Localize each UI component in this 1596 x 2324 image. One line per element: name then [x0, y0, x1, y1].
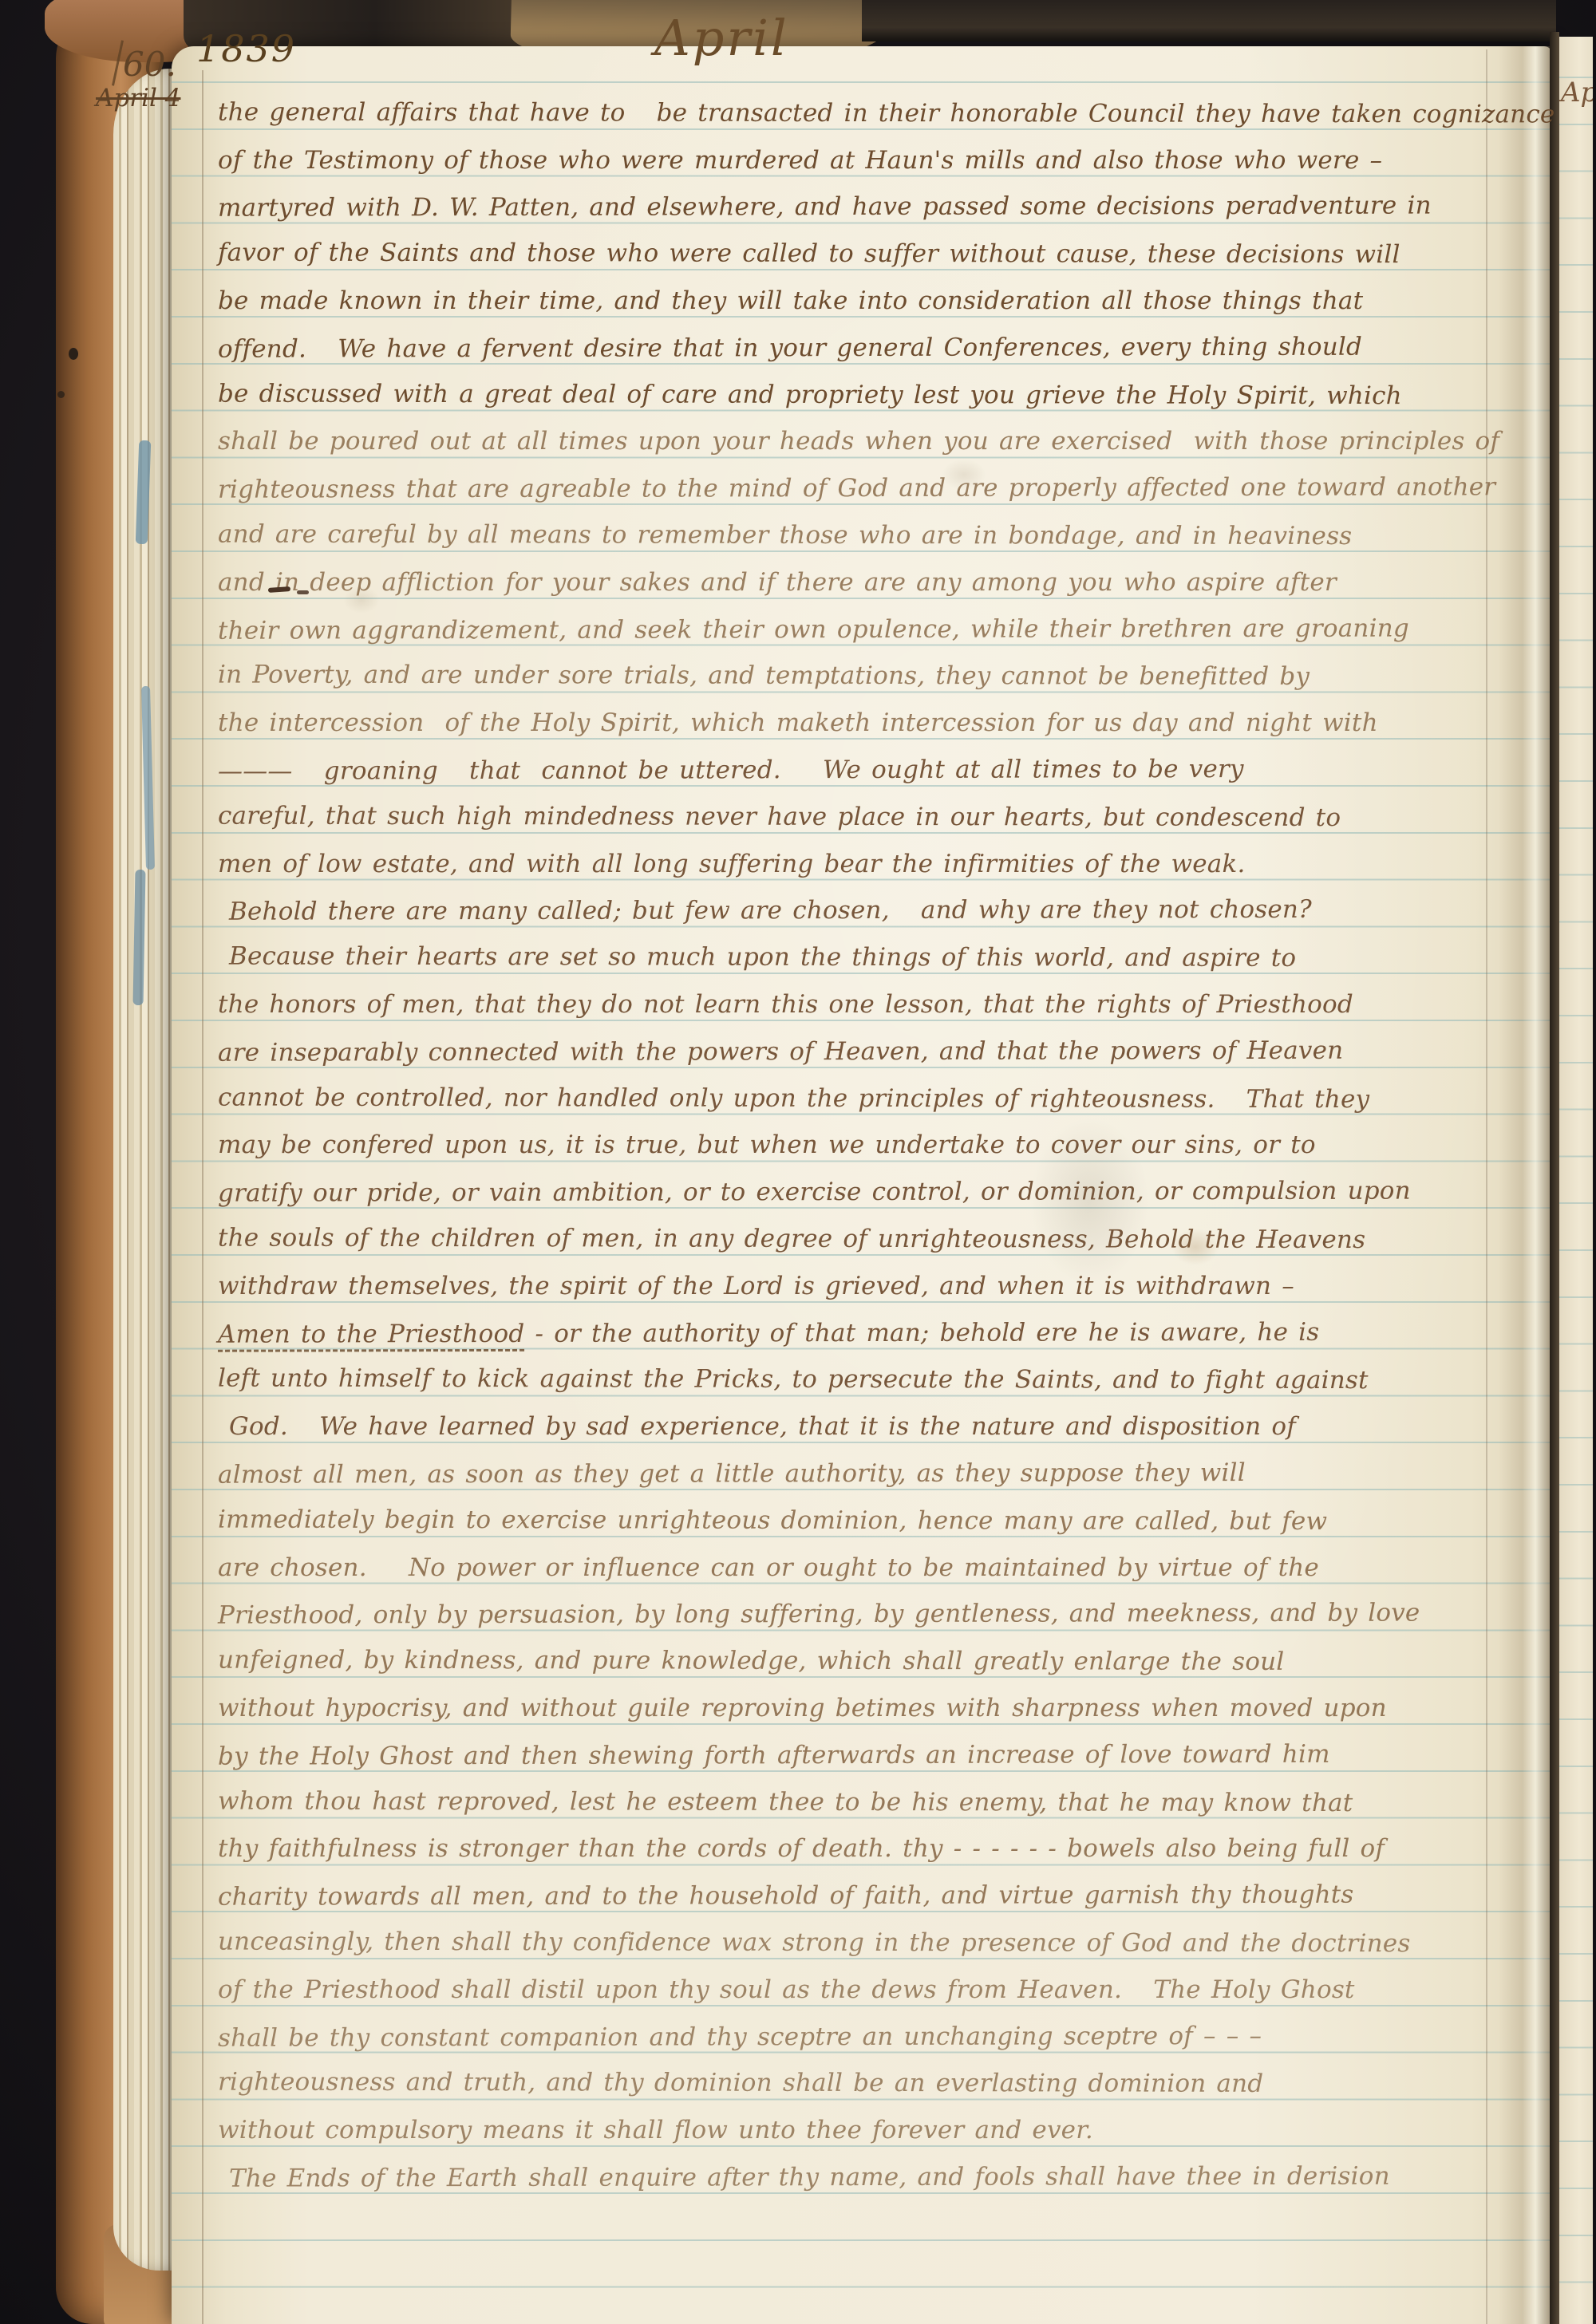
manuscript-line: unfeigned, by kindness, and pure knowled…: [218, 1645, 1527, 1678]
manuscript-content: 60. 1839 April April 4 the general affai…: [0, 0, 1596, 2324]
manuscript-line: Because their hearts are set so much upo…: [218, 941, 1538, 974]
manuscript-line: Priesthood, only by persuasion, by long …: [218, 1598, 1527, 1631]
manuscript-line: of the Testimony of those who were murde…: [218, 145, 1527, 176]
manuscript-line: martyred with D. W. Patten, and elsewher…: [218, 191, 1527, 223]
manuscript-line: the honors of men, that they do not lear…: [218, 989, 1527, 1020]
manuscript-line: God. We have learned by sad experience, …: [218, 1411, 1538, 1442]
manuscript-line: careful, that such high mindedness never…: [218, 800, 1527, 833]
month-header: April: [654, 11, 789, 65]
manuscript-line: may be confered upon us, it is true, but…: [218, 1130, 1527, 1160]
manuscript-line: whom thou hast reproved, lest he esteem …: [218, 1785, 1527, 1818]
manuscript-line: in Poverty, and are under sore trials, a…: [218, 660, 1527, 692]
manuscript-line: gratify our pride, or vain ambition, or …: [218, 1175, 1527, 1208]
manuscript-line: of the Priesthood shall distil upon thy …: [218, 1975, 1527, 2005]
year-heading: 1839: [196, 29, 296, 69]
ink-speck: [69, 348, 78, 360]
manuscript-line: favor of the Saints and those who were c…: [218, 238, 1527, 270]
manuscript-line: by the Holy Ghost and then shewing forth…: [218, 1738, 1527, 1771]
manuscript-line: Amen to the Priesthood - or the authorit…: [218, 1316, 1527, 1349]
manuscript-line: men of low estate, and with all long suf…: [218, 849, 1527, 879]
manuscript-line: Behold there are many called; but few ar…: [218, 894, 1538, 927]
ink-speck: [57, 391, 65, 398]
manuscript-line: the intercession of the Holy Spirit, whi…: [218, 708, 1527, 738]
scanned-journal-photo: Apr 60. 1839 April April 4 the general a…: [0, 0, 1596, 2324]
manuscript-line: The Ends of the Earth shall enquire afte…: [218, 2160, 1538, 2193]
manuscript-line: the general affairs that have to be tran…: [218, 97, 1527, 129]
manuscript-line: righteousness that are agreable to the m…: [218, 472, 1527, 504]
manuscript-line: offend. We have a fervent desire that in…: [218, 331, 1527, 364]
manuscript-line: ——— groaning that cannot be uttered. We …: [218, 753, 1527, 786]
manuscript-line: without compulsory means it shall flow u…: [218, 2115, 1527, 2145]
manuscript-line: righteousness and truth, and thy dominio…: [218, 2067, 1527, 2100]
manuscript-line: shall be poured out at all times upon yo…: [218, 426, 1527, 456]
manuscript-line: cannot be controlled, nor handled only u…: [218, 1082, 1527, 1115]
stray-pen-stroke: [112, 40, 124, 85]
manuscript-line: the souls of the children of men, in any…: [218, 1223, 1527, 1256]
manuscript-line: almost all men, as soon as they get a li…: [218, 1457, 1527, 1489]
manuscript-line: are inseparably connected with the power…: [218, 1035, 1527, 1067]
underlined-phrase: Amen to the Priesthood: [218, 1320, 524, 1352]
manuscript-line: withdraw themselves, the spirit of the L…: [218, 1271, 1527, 1301]
manuscript-line: without hypocrisy, and without guile rep…: [218, 1693, 1527, 1723]
page-number: 60.: [123, 46, 176, 83]
manuscript-line: and are careful by all means to remember…: [218, 519, 1527, 552]
manuscript-line: their own aggrandizement, and seek their…: [218, 613, 1527, 645]
manuscript-line: be discussed with a great deal of care a…: [218, 378, 1527, 411]
manuscript-line: shall be thy constant companion and thy …: [218, 2020, 1527, 2053]
manuscript-line: immediately begin to exercise unrighteou…: [218, 1504, 1527, 1537]
margin-date: April 4: [96, 83, 180, 113]
manuscript-line: be made known in their time, and they wi…: [218, 286, 1527, 316]
ink-speck: [297, 590, 309, 594]
manuscript-line: thy faithfulness is stronger than the co…: [218, 1833, 1527, 1864]
manuscript-line: are chosen. No power or influence can or…: [218, 1553, 1527, 1583]
manuscript-line: left unto himself to kick against the Pr…: [218, 1363, 1527, 1396]
manuscript-line: charity towards all men, and to the hous…: [218, 1879, 1527, 1912]
manuscript-line: and in deep affliction for your sakes an…: [218, 567, 1527, 598]
manuscript-line: unceasingly, then shall thy confidence w…: [218, 1927, 1527, 1959]
